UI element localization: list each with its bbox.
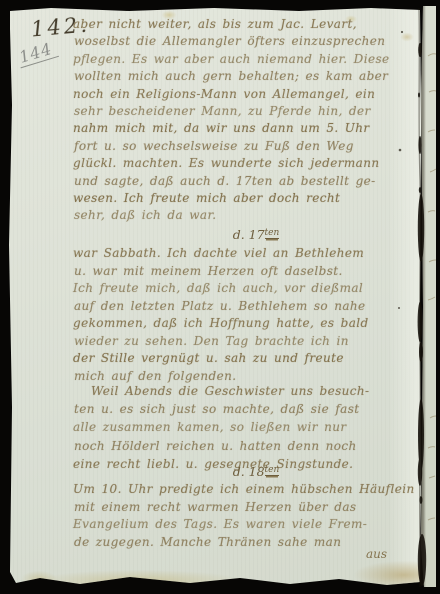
text-line: ten u. es sich just so machte, daß sie f…	[74, 400, 412, 418]
margin-ink-specks	[398, 31, 403, 309]
text-line: nahm mich mit, da wir uns dann um 5. Uhr	[73, 120, 411, 137]
text-line: aber nicht weiter, als bis zum Jac. Leva…	[73, 16, 411, 33]
text-line: Evangelium des Tags. Es waren viele Frem…	[73, 516, 411, 534]
text-line: noch Hölderl reichen u. hatten denn noch	[74, 437, 412, 455]
paragraph-1: aber nicht weiter, als bis zum Jac. Leva…	[73, 16, 411, 225]
text-line: auf den letzten Platz u. Bethlehem so na…	[74, 298, 412, 316]
text-line: war Sabbath. Ich dachte viel an Bethlehe…	[73, 245, 411, 263]
heading-superscript: ten	[265, 228, 280, 239]
text-line: wieder zu sehen. Den Tag brachte ich in	[74, 333, 412, 351]
date-heading-17th: d. 17ten	[73, 227, 421, 242]
heading-text: d. 17	[233, 227, 265, 242]
paragraph-3: Weil Abends die Geschwister uns besuch- …	[73, 382, 411, 473]
text-line: Um 10. Uhr predigte ich einem hübschen H…	[73, 481, 411, 499]
page-number-pencil: 144	[15, 38, 59, 69]
text-line: woselbst die Allemangler öfters einzuspr…	[74, 33, 412, 50]
text-line: Ich freute mich, daß ich auch, vor dießm…	[73, 280, 411, 298]
paragraph-2: war Sabbath. Ich dachte viel an Bethlehe…	[73, 245, 411, 385]
text-line: glückl. machten. Es wunderte sich jederm…	[73, 155, 411, 172]
catchword: aus	[366, 547, 387, 561]
text-line: pflegen. Es war aber auch niemand hier. …	[73, 51, 411, 68]
text-line: fort u. so wechselsweise zu Fuß den Weg	[74, 138, 412, 155]
text-line: gekommen, daß ich Hoffnung hatte, es bal…	[73, 315, 411, 333]
heading-text: d. 18	[233, 464, 265, 479]
text-line: sehr, daß ich da war.	[74, 207, 412, 224]
manuscript-scan: 142. 144 aber nicht weiter, als bis zum …	[0, 0, 440, 594]
page-edge-artifacts	[395, 0, 440, 594]
text-line: der Stille vergnügt u. sah zu und freute	[73, 350, 411, 368]
text-line: mit einem recht warmen Herzen über das	[74, 499, 412, 517]
text-line: noch ein Religions-Mann von Allemangel, …	[73, 86, 411, 103]
text-line: sehr bescheidener Mann, zu Pferde hin, d…	[74, 103, 412, 120]
text-line: wesen. Ich freute mich aber doch recht	[73, 190, 411, 207]
adjacent-page-writing-fragments	[428, 54, 436, 520]
text-line: und sagte, daß auch d. 17ten ab bestellt…	[74, 173, 412, 190]
text-line: Weil Abends die Geschwister uns besuch-	[73, 382, 411, 400]
text-line: wollten mich auch gern behalten; es kam …	[74, 68, 412, 85]
text-line: u. war mit meinem Herzen oft daselbst.	[74, 263, 412, 281]
text-line: alle zusammen kamen, so ließen wir nur	[73, 418, 411, 436]
text-line: de zugegen. Manche Thränen sahe man	[74, 534, 412, 552]
date-heading-18th: d. 18ten	[73, 464, 421, 479]
paragraph-4: Um 10. Uhr predigte ich einem hübschen H…	[73, 481, 411, 551]
paper-page: 142. 144 aber nicht weiter, als bis zum …	[9, 7, 421, 587]
heading-superscript: ten	[265, 465, 280, 476]
